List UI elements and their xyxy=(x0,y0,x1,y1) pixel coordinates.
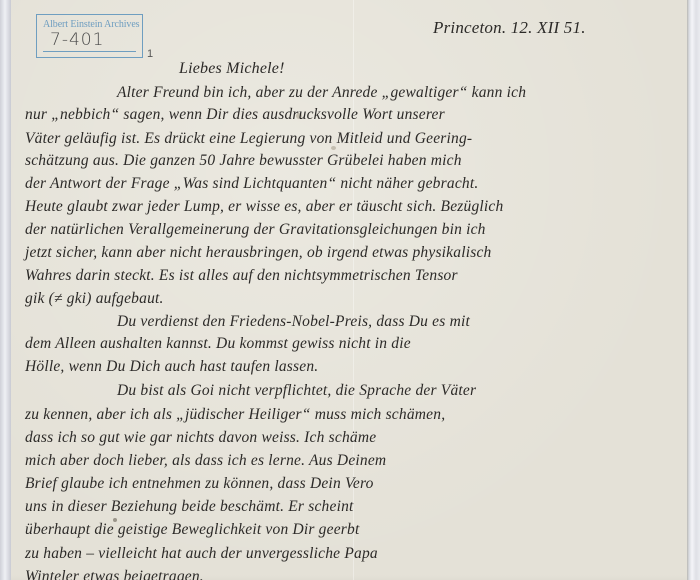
letter-line: Brief glaube ich entnehmen zu können, da… xyxy=(25,475,374,493)
letter-line: Alter Freund bin ich, aber zu der Anrede… xyxy=(117,84,526,102)
archive-stamp-title: Albert Einstein Archives xyxy=(43,19,139,30)
letter-line: zu haben – vielleicht hat auch der unver… xyxy=(25,545,378,563)
letter-line: jetzt sicher, kann aber nicht herausbrin… xyxy=(25,244,491,262)
archive-stamp: Albert Einstein Archives 7-401 xyxy=(36,14,143,58)
letter-line: Heute glaubt zwar jeder Lump, er wisse e… xyxy=(25,198,503,216)
letter-line: überhaupt die geistige Beweglichkeit von… xyxy=(25,521,359,539)
letter-place-date: Princeton. 12. XII 51. xyxy=(433,18,586,38)
letter-line: mich aber doch lieber, als dass ich es l… xyxy=(25,452,386,470)
letter-line: dem Alleen aushalten kannst. Du kommst g… xyxy=(25,335,411,353)
letter-page: Albert Einstein Archives 7-401 1 Princet… xyxy=(11,0,687,580)
letter-line: Du bist als Goi nicht verpflichtet, die … xyxy=(117,382,476,400)
archive-stamp-number: 7-401 xyxy=(50,30,104,50)
letter-line: der Antwort der Frage „Was sind Lichtqua… xyxy=(25,175,478,193)
letter-line: uns in dieser Beziehung beide beschämt. … xyxy=(25,498,354,516)
letter-line: Hölle, wenn Du Dich auch hast taufen las… xyxy=(25,358,318,376)
letter-line: Wahres darin steckt. Es ist alles auf de… xyxy=(25,267,458,285)
letter-line: dass ich so gut wie gar nichts davon wei… xyxy=(25,429,376,447)
letter-salutation: Liebes Michele! xyxy=(179,60,285,78)
letter-line: gik (≠ gki) aufgebaut. xyxy=(25,290,164,308)
letter-line: Väter geläufig ist. Es drückt eine Legie… xyxy=(25,130,472,148)
letter-line: zu kennen, aber ich als „jüdischer Heili… xyxy=(25,406,445,424)
letter-line: nur „nebbich“ sagen, wenn Dir dies ausdr… xyxy=(25,106,445,124)
page-number: 1 xyxy=(147,48,153,60)
letter-line: der natürlichen Verallgemeinerung der Gr… xyxy=(25,221,486,239)
document-viewer: Albert Einstein Archives 7-401 1 Princet… xyxy=(0,0,700,580)
letter-line: schätzung aus. Die ganzen 50 Jahre bewus… xyxy=(25,152,462,170)
letter-line: Winteler etwas beigetragen. xyxy=(25,568,204,580)
archive-stamp-underline xyxy=(43,51,136,53)
viewer-frame-edge xyxy=(687,0,700,580)
letter-line: Du verdienst den Friedens-Nobel-Preis, d… xyxy=(117,313,470,331)
